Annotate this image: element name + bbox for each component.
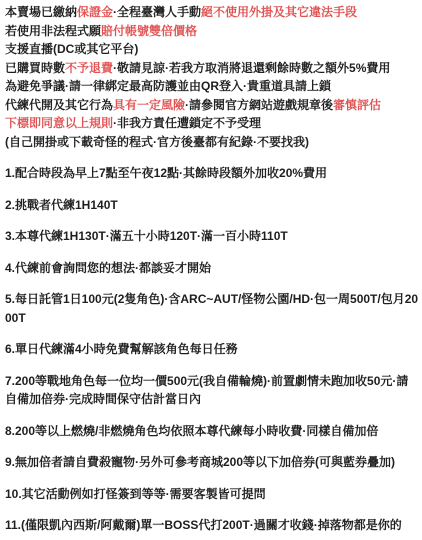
notice-line: 若使用非法程式願賠付帳號雙倍價格 bbox=[5, 22, 420, 41]
rule-item: 9.無加倍者請自費殺寵物·另外可參考商城200等以下加倍券(可與藍券疊加) bbox=[5, 453, 420, 472]
rule-item: 11.(僅限凱內西斯/阿戴爾)單一BOSS代打200T·過關才收錢·掉落物都是你… bbox=[5, 516, 420, 535]
rule-item: 7.200等戰地角色每一位均一價500元(我自備輪燒)·前置劇情未跑加收50元·… bbox=[5, 372, 420, 409]
highlight-segment: 不予退費 bbox=[65, 61, 113, 75]
service-rules-list: 1.配合時段為早上7點至午夜12點·其餘時段額外加收20%費用2.挑戰者代練1H… bbox=[5, 164, 420, 535]
rule-item: 3.本尊代練1H130T·滿五十小時120T·滿一百小時110T bbox=[5, 227, 420, 246]
text-segment: ·非我方責任遭鎖定不予受理 bbox=[113, 116, 261, 130]
highlight-segment: 保證金 bbox=[77, 5, 113, 19]
text-segment: ·請參閱官方網站遊戲規章後 bbox=[185, 98, 333, 112]
rule-item: 10.其它活動例如打怪簽到等等·需要客製皆可提問 bbox=[5, 485, 420, 504]
rule-item: 1.配合時段為早上7點至午夜12點·其餘時段額外加收20%費用 bbox=[5, 164, 420, 183]
text-segment: 支援直播(DC或其它平台) bbox=[5, 42, 138, 56]
seller-notice-block: 本賣場已繳納保證金·全程臺灣人手動絕不使用外掛及其它違法手段若使用非法程式願賠付… bbox=[5, 3, 420, 151]
rule-item: 5.每日託管1日100元(2隻角色)·含ARC~AUT/怪物公園/HD·包一周5… bbox=[5, 290, 420, 327]
notice-line: 本賣場已繳納保證金·全程臺灣人手動絕不使用外掛及其它違法手段 bbox=[5, 3, 420, 22]
highlight-segment: 絕不使用外掛及其它違法手段 bbox=[201, 5, 357, 19]
rule-item: 8.200等以上燃燒/非燃燒角色均依照本尊代練每小時收費·同樣自備加倍 bbox=[5, 422, 420, 441]
notice-line: 已購買時數不予退費·敬請見諒·若我方取消將退還剩餘時數之額外5%費用 bbox=[5, 59, 420, 78]
text-segment: ·敬請見諒·若我方取消將退還剩餘時數之額外5%費用 bbox=[113, 61, 390, 75]
highlight-segment: 賠付帳號雙倍價格 bbox=[101, 24, 197, 38]
highlight-segment: 具有一定風險 bbox=[113, 98, 185, 112]
text-segment: 本賣場已繳納 bbox=[5, 5, 77, 19]
rule-item: 6.單日代練滿4小時免費幫解該角色每日任務 bbox=[5, 340, 420, 359]
notice-line: 代練代開及其它行為具有一定風險·請參閱官方網站遊戲規章後審慎評估 bbox=[5, 96, 420, 115]
text-segment: 若使用非法程式願 bbox=[5, 24, 101, 38]
highlight-segment: 審慎評估 bbox=[333, 98, 381, 112]
notice-line: 支援直播(DC或其它平台) bbox=[5, 40, 420, 59]
text-segment: (自己開掛或下載奇怪的程式·官方後臺都有紀錄·不要找我) bbox=[5, 135, 309, 149]
text-segment: 為避免爭議·請一律綁定最高防護並由QR登入·貴重道具請上鎖 bbox=[5, 79, 331, 93]
text-segment: 代練代開及其它行為 bbox=[5, 98, 113, 112]
notice-line: (自己開掛或下載奇怪的程式·官方後臺都有紀錄·不要找我) bbox=[5, 133, 420, 152]
text-segment: ·全程臺灣人手動 bbox=[113, 5, 201, 19]
notice-line: 為避免爭議·請一律綁定最高防護並由QR登入·貴重道具請上鎖 bbox=[5, 77, 420, 96]
notice-line: 下標即同意以上規則·非我方責任遭鎖定不予受理 bbox=[5, 114, 420, 133]
text-segment: 已購買時數 bbox=[5, 61, 65, 75]
rule-item: 4.代練前會詢問您的想法·都談妥才開始 bbox=[5, 259, 420, 278]
listing-description-page: 本賣場已繳納保證金·全程臺灣人手動絕不使用外掛及其它違法手段若使用非法程式願賠付… bbox=[0, 0, 422, 540]
rule-item: 2.挑戰者代練1H140T bbox=[5, 196, 420, 215]
highlight-segment: 下標即同意以上規則 bbox=[5, 116, 113, 130]
